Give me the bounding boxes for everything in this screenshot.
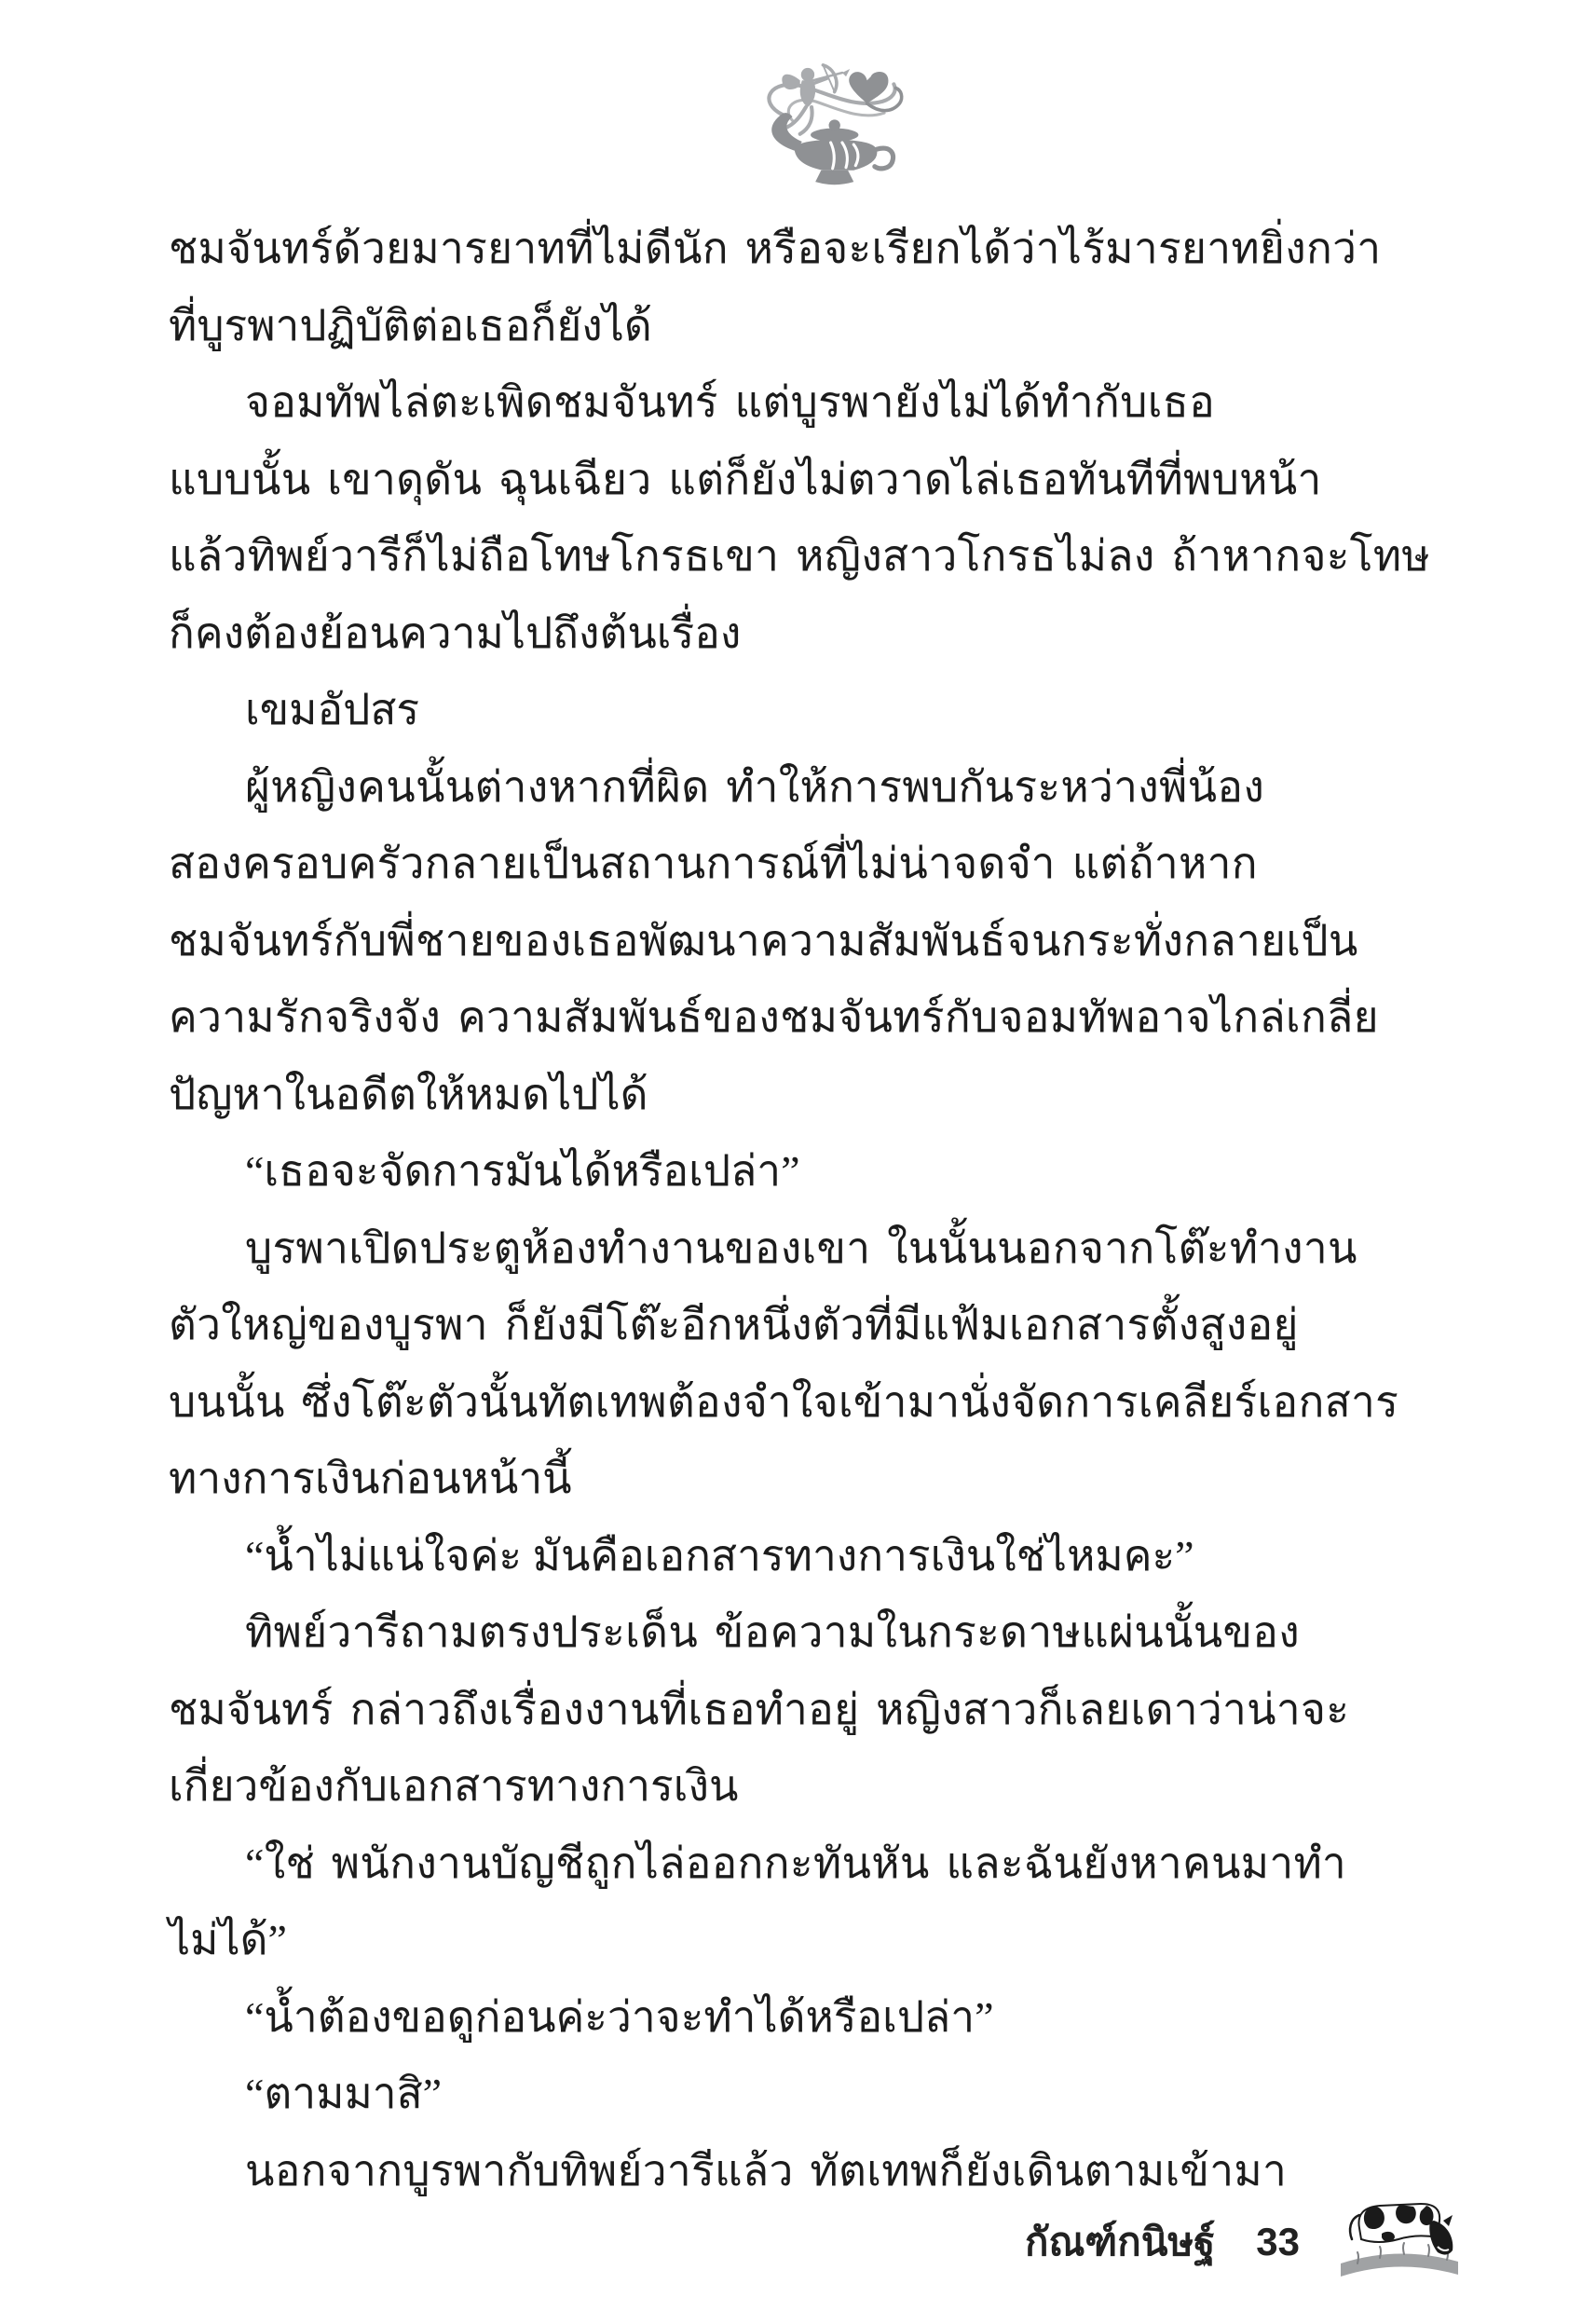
- text-line: ไม่ได้”: [169, 1902, 1441, 1979]
- book-title: กัณฑ์กนิษฐ์: [1025, 2211, 1215, 2273]
- text-line: “เธอจะจัดการมันได้หรือเปล่า”: [169, 1133, 1441, 1210]
- text-line: ผู้หญิงคนนั้นต่างหากที่ผิด ทำให้การพบกัน…: [169, 749, 1441, 827]
- text-line: ความรักจริงจัง ความสัมพันธ์ของชมจันทร์กั…: [169, 979, 1441, 1057]
- text-line: สองครอบครัวกลายเป็นสถานการณ์ที่ไม่น่าจดจ…: [169, 826, 1441, 903]
- text-line: บนนั้น ซึ่งโต๊ะตัวนั้นทัตเทพต้องจำใจเข้า…: [169, 1364, 1441, 1442]
- text-line: ก็คงต้องย้อนความไปถึงต้นเรื่อง: [169, 595, 1441, 673]
- text-line: เกี่ยวข้องกับเอกสารทางการเงิน: [169, 1748, 1441, 1826]
- text-line: บูรพาเปิดประตูห้องทำงานของเขา ในนั้นนอกจ…: [169, 1210, 1441, 1288]
- text-line: ชมจันทร์ กล่าวถึงเรื่องงานที่เธอทำอยู่ ห…: [169, 1672, 1441, 1749]
- page-footer: กัณฑ์กนิษฐ์ 33: [1025, 2195, 1460, 2289]
- text-line: เขมอัปสร: [169, 672, 1441, 749]
- body-text: ชมจันทร์ด้วยมารยาทที่ไม่ดีนัก หรือจะเรีย…: [169, 211, 1441, 2209]
- text-line: ชมจันทร์ด้วยมารยาทที่ไม่ดีนัก หรือจะเรีย…: [169, 211, 1441, 288]
- book-page: ชมจันทร์ด้วยมารยาทที่ไม่ดีนัก หรือจะเรีย…: [0, 0, 1596, 2311]
- page-number: 33: [1256, 2220, 1300, 2264]
- text-line: “ใช่ พนักงานบัญชีถูกไล่ออกกะทันหัน และฉั…: [169, 1826, 1441, 1903]
- cow-grazing-icon: [1339, 2196, 1460, 2288]
- text-line: แล้วทิพย์วารีก็ไม่ถือโทษโกรธเขา หญิงสาวโ…: [169, 518, 1441, 595]
- text-line: “ตามมาสิ”: [169, 2056, 1441, 2133]
- genie-lamp-cupid-heart-icon: [739, 58, 916, 190]
- text-line: ที่บูรพาปฏิบัติต่อเธอก็ยังได้: [169, 288, 1441, 365]
- text-line: ชมจันทร์กับพี่ชายของเธอพัฒนาความสัมพันธ์…: [169, 903, 1441, 980]
- text-line: ทิพย์วารีถามตรงประเด็น ข้อความในกระดาษแผ…: [169, 1594, 1441, 1672]
- text-line: แบบนั้น เขาดุดัน ฉุนเฉียว แต่ก็ยังไม่ตวา…: [169, 442, 1441, 519]
- text-line: ทางการเงินก่อนหน้านี้: [169, 1441, 1441, 1518]
- text-line: จอมทัพไล่ตะเพิดชมจันทร์ แต่บูรพายังไม่ได…: [169, 364, 1441, 442]
- text-line: “น้ำไม่แน่ใจค่ะ มันคือเอกสารทางการเงินใช…: [169, 1518, 1441, 1595]
- text-line: ปัญหาในอดีตให้หมดไปได้: [169, 1057, 1441, 1134]
- text-line: “น้ำต้องขอดูก่อนค่ะว่าจะทำได้หรือเปล่า”: [169, 1979, 1441, 2057]
- text-line: ตัวใหญ่ของบูรพา ก็ยังมีโต๊ะอีกหนึ่งตัวที…: [169, 1287, 1441, 1364]
